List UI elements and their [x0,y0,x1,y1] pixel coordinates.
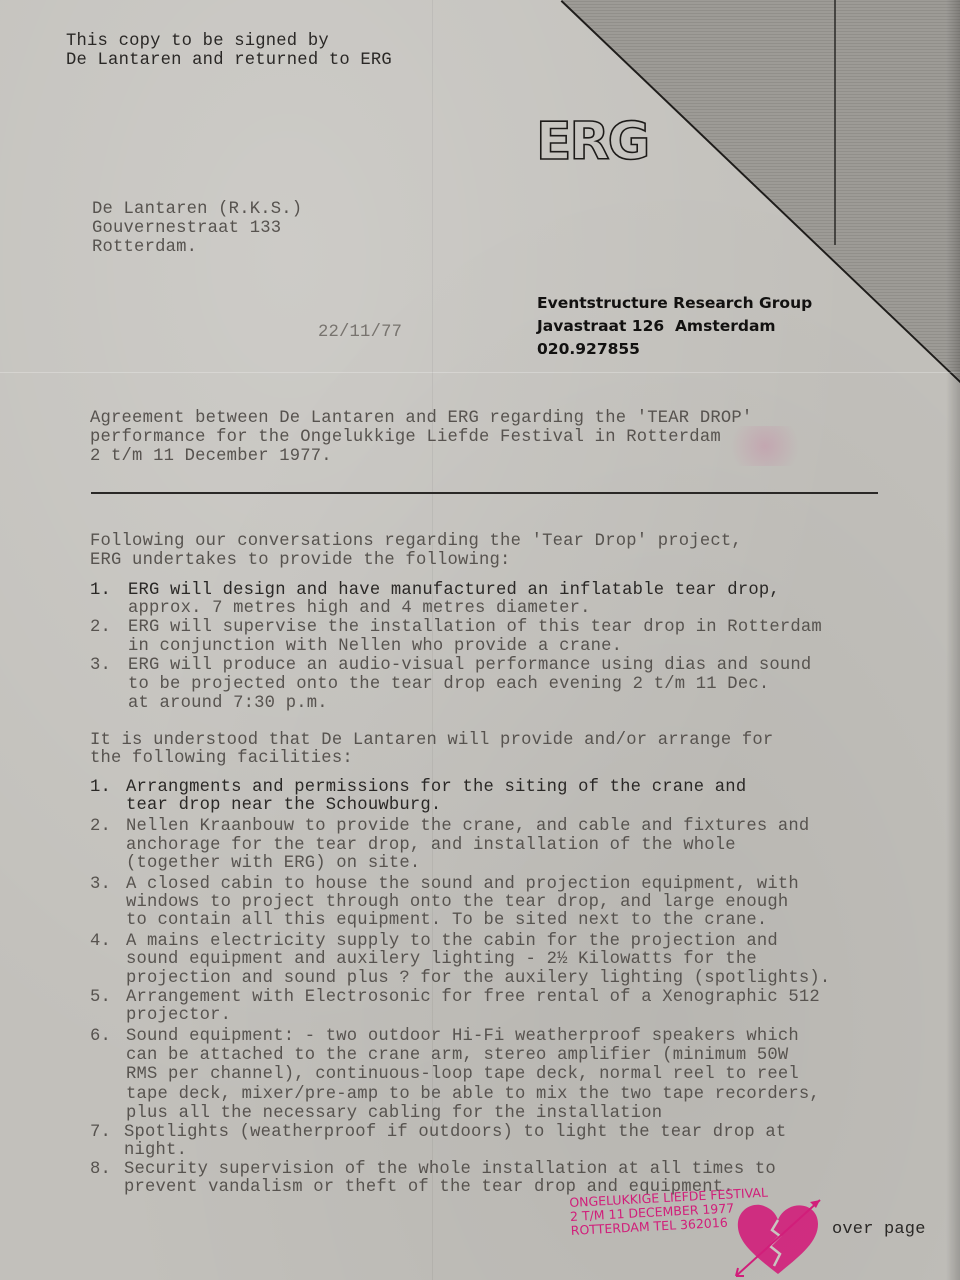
lantaren-item-8-line-1: Security supervision of the whole instal… [124,1160,776,1179]
org-address: Javastraat 126 Amsterdam [537,315,812,338]
subject-line-3: 2 t/m 11 December 1977. [90,447,332,466]
lantaren-item-6-line-2: can be attached to the crane arm, stereo… [126,1046,788,1065]
erg-item-2-line-2: in conjunction with Nellen who provide a… [128,637,622,656]
lantaren-item-3-line-2: windows to project through onto the tear… [126,893,788,912]
lantaren-item-7-line-1: Spotlights (weatherproof if outdoors) to… [124,1123,786,1142]
erg-logo: ERG [536,116,648,168]
signing-note-line-1: This copy to be signed by [66,32,329,51]
lantaren-item-3-line-3: to contain all this equipment. To be sit… [126,911,767,930]
erg-intro-line-1: Following our conversations regarding th… [90,532,742,551]
erg-item-1-num: 1. [90,581,111,600]
erg-item-3-num: 3. [90,656,111,675]
subject-line-1: Agreement between De Lantaren and ERG re… [90,409,752,428]
recipient-line-2: Gouvernestraat 133 [92,219,281,238]
corner-vertical-line [834,0,836,245]
lantaren-item-2-line-1: Nellen Kraanbouw to provide the crane, a… [126,817,809,836]
lantaren-item-5-line-1: Arrangement with Electrosonic for free r… [126,988,820,1007]
lantaren-item-5-num: 5. [90,988,111,1007]
lantaren-item-2-line-3: (together with ERG) on site. [126,854,420,873]
erg-item-3-line-1: ERG will produce an audio-visual perform… [128,656,811,675]
letterhead-block: Eventstructure Research Group Javastraat… [537,292,812,361]
erg-intro-line-2: ERG undertakes to provide the following: [90,551,511,570]
lantaren-item-2-num: 2. [90,817,111,836]
lantaren-item-3-num: 3. [90,875,111,894]
lantaren-item-7-line-2: night. [124,1141,187,1160]
letter-date: 22/11/77 [318,323,402,342]
lantaren-item-6-line-5: plus all the necessary cabling for the i… [126,1104,662,1123]
lantaren-item-4-num: 4. [90,932,111,951]
lantaren-item-1-line-2: tear drop near the Schouwburg. [126,796,441,815]
erg-item-1-line-1: ERG will design and have manufactured an… [128,581,780,600]
lantaren-item-8-num: 8. [90,1160,111,1179]
lantaren-item-5-line-2: projector. [126,1006,231,1025]
lantaren-item-1-line-1: Arrangments and permissions for the siti… [126,778,746,797]
divider-rule [91,492,878,494]
recipient-line-3: Rotterdam. [92,238,197,257]
erg-item-2-num: 2. [90,618,111,637]
lantaren-item-4-line-3: projection and sound plus ? for the auxi… [126,969,830,988]
erg-item-2-line-1: ERG will supervise the installation of t… [128,618,822,637]
lantaren-item-1-num: 1. [90,778,111,797]
lantaren-item-6-line-1: Sound equipment: - two outdoor Hi-Fi wea… [126,1027,799,1046]
ink-smudge [720,426,810,466]
recipient-line-1: De Lantaren (R.K.S.) [92,200,302,219]
lantaren-item-4-line-1: A mains electricity supply to the cabin … [126,932,778,951]
erg-item-3-line-2: to be projected onto the tear drop each … [128,675,769,694]
lantaren-item-6-line-3: RMS per channel), continuous-loop tape d… [126,1065,799,1084]
lantaren-intro-line-2: the following facilities: [90,749,353,768]
lantaren-item-3-line-1: A closed cabin to house the sound and pr… [126,875,799,894]
fold-line [0,372,960,373]
page-edge-shadow [946,0,960,1280]
signing-note-line-2: De Lantaren and returned to ERG [66,51,392,70]
org-name: Eventstructure Research Group [537,292,812,315]
over-page-note: over page [832,1220,926,1239]
erg-item-3-line-3: at around 7:30 p.m. [128,694,328,713]
lantaren-intro-line-1: It is understood that De Lantaren will p… [90,731,773,750]
org-phone: 020.927855 [537,338,812,361]
broken-heart-arrow-icon [732,1196,824,1280]
lantaren-item-6-line-4: tape deck, mixer/pre-amp to be able to m… [126,1085,820,1104]
lantaren-item-4-line-2: sound equipment and auxilery lighting - … [126,950,757,969]
lantaren-item-6-num: 6. [90,1027,111,1046]
subject-line-2: performance for the Ongelukkige Liefde F… [90,428,721,447]
erg-item-1-line-2: approx. 7 metres high and 4 metres diame… [128,599,591,618]
lantaren-item-7-num: 7. [90,1123,111,1142]
lantaren-item-2-line-2: anchorage for the tear drop, and install… [126,836,736,855]
